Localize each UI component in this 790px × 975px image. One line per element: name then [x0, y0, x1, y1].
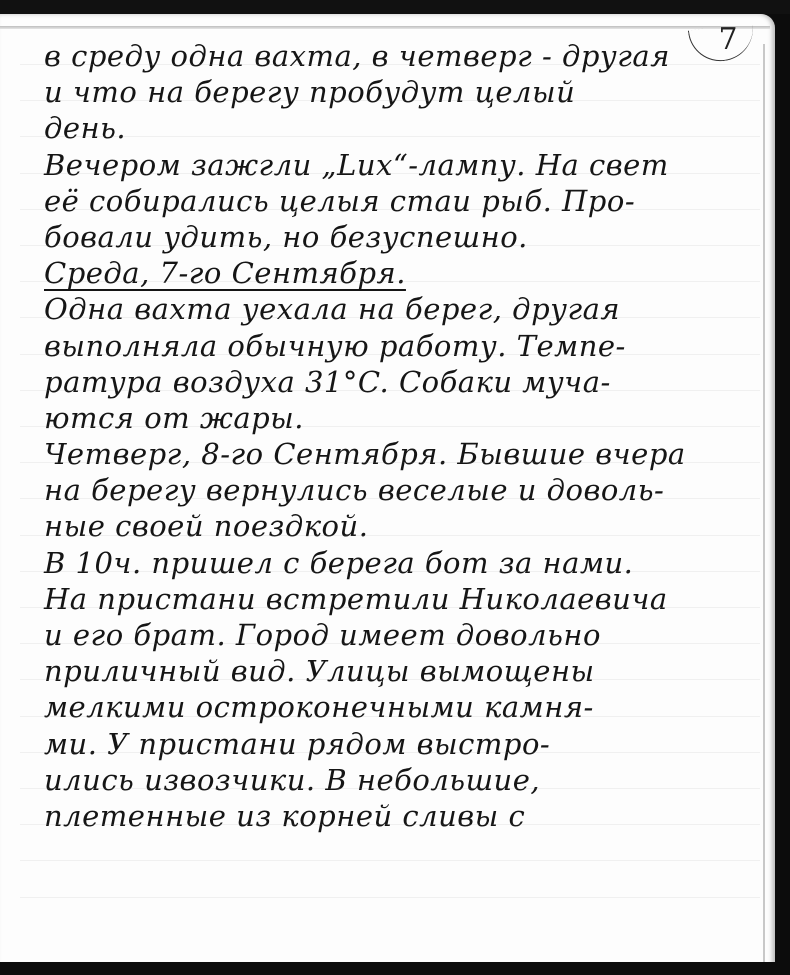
text-line: ратура воздуха 31°C. Собаки муча- — [44, 364, 764, 400]
scan-bottom-border — [0, 962, 790, 975]
page-ruling-line — [20, 860, 760, 861]
page-ruling-line — [20, 64, 760, 65]
text-line: ились извозчики. В небольшие, — [44, 762, 764, 798]
text-line: Четверг, 8-го Сентября. Бывшие вчера — [44, 436, 764, 472]
text-line: мелкими остроконечными камня- — [44, 689, 764, 725]
text-line: выполняла обычную работу. Темпе- — [44, 328, 764, 364]
page-ruling-line — [20, 643, 760, 644]
page-ruling-line — [20, 426, 760, 427]
text-line: Вечером зажгли „Lux“-лампу. На свет — [44, 147, 764, 183]
text-line: ные своей поездкой. — [44, 508, 764, 544]
text-line: на берегу вернулись веселые и доволь- — [44, 472, 764, 508]
page-ruling-line — [20, 354, 760, 355]
page-ruling-line — [20, 317, 760, 318]
page-ruling-line — [20, 679, 760, 680]
scan-right-border — [778, 18, 790, 975]
text-line: ются от жары. — [44, 400, 764, 436]
text-line: и его брат. Город имеет довольно — [44, 617, 764, 653]
page-ruling-line — [20, 571, 760, 572]
page-ruling-line — [20, 173, 760, 174]
text-line: Одна вахта уехала на берег, другая — [44, 291, 764, 327]
page-ruling-line — [20, 897, 760, 898]
text-line: в среду одна вахта, в четверг - другая — [44, 38, 764, 74]
page-ruling-line — [20, 136, 760, 137]
text-line: плетенные из корней сливы с — [44, 798, 764, 834]
text-line: В 10ч. пришел с берега бот за нами. — [44, 545, 764, 581]
text-line: приличный вид. Улицы вымощены — [44, 653, 764, 689]
page-ruling-line — [20, 390, 760, 391]
text-line: её собирались целыя стаи рыб. Про- — [44, 183, 764, 219]
scan-top-border — [0, 0, 790, 14]
page-ruling-line — [20, 209, 760, 210]
text-line: На пристани встретили Николаевича — [44, 581, 764, 617]
page-ruling-line — [20, 245, 760, 246]
page-top-edge — [0, 26, 770, 29]
text-line: и что на берегу пробудут целый — [44, 74, 764, 110]
text-line: день. — [44, 110, 764, 146]
page-ruling-line — [20, 607, 760, 608]
page-ruling-line — [20, 752, 760, 753]
text-line: бовали удить, но безуспешно. — [44, 219, 764, 255]
entry-date-heading: Среда, 7-го Сентября. — [44, 255, 764, 291]
page-ruling-line — [20, 716, 760, 717]
page-ruling-line — [20, 462, 760, 463]
page-ruling-line — [20, 788, 760, 789]
page-ruling-line — [20, 281, 760, 282]
page-ruling-line — [20, 535, 760, 536]
page-ruling-line — [20, 824, 760, 825]
text-line: ми. У пристани рядом выстро- — [44, 726, 764, 762]
page-ruling-line — [20, 100, 760, 101]
page-ruling-line — [20, 498, 760, 499]
